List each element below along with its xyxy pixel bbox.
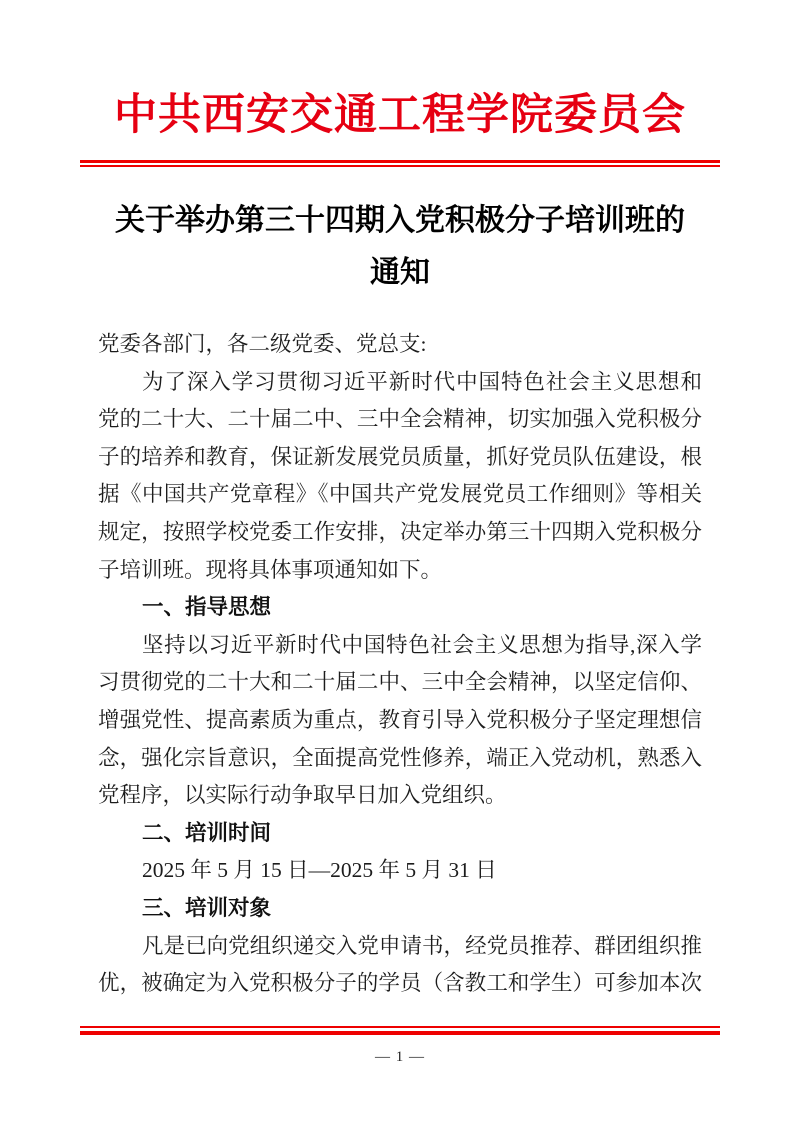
section-heading-3: 三、培训对象 — [98, 890, 702, 928]
document-title: 关于举办第三十四期入党积极分子培训班的 通知 — [80, 195, 720, 299]
body-line: 据《中国共产党章程》《中国共产党发展党员工作细则》等相关 — [98, 476, 702, 514]
body-line: 为了深入学习贯彻习近平新时代中国特色社会主义思想和 — [98, 364, 702, 402]
body-line: 坚持以习近平新时代中国特色社会主义思想为指导,深入学 — [98, 627, 702, 665]
body-line: 优，被确定为入党积极分子的学员（含教工和学生）可参加本次 — [98, 965, 702, 1003]
section-heading-2: 二、培训时间 — [98, 815, 702, 853]
body-line: 念，强化宗旨意识，全面提高党性修养，端正入党动机，熟悉入 — [98, 740, 702, 778]
body-line: 习贯彻党的二十大和二十届二中、三中全会精神，以坚定信仰、 — [98, 664, 702, 702]
page-number: — 1 — — [0, 1046, 800, 1068]
body-line: 党程序，以实际行动争取早日加入党组织。 — [98, 777, 702, 815]
body-line: 子培训班。现将具体事项通知如下。 — [98, 552, 702, 590]
document-body: 党委各部门，各二级党委、党总支:为了深入学习贯彻习近平新时代中国特色社会主义思想… — [98, 326, 702, 1003]
letterhead-org-name: 中共西安交通工程学院委员会 — [0, 80, 800, 152]
document-title-line2: 通知 — [80, 247, 720, 299]
letterhead-rule — [80, 160, 720, 167]
body-line: 子的培养和教育，保证新发展党员质量，抓好党员队伍建设，根 — [98, 439, 702, 477]
salutation: 党委各部门，各二级党委、党总支: — [98, 326, 702, 364]
footer-rule — [80, 1026, 720, 1035]
body-line: 凡是已向党组织递交入党申请书，经党员推荐、群团组织推 — [98, 928, 702, 966]
training-dates: 2025 年 5 月 15 日—2025 年 5 月 31 日 — [98, 852, 702, 890]
body-line: 规定，按照学校党委工作安排，决定举办第三十四期入党积极分 — [98, 514, 702, 552]
body-line: 党的二十大、二十届二中、三中全会精神，切实加强入党积极分 — [98, 401, 702, 439]
document-page: 中共西安交通工程学院委员会 关于举办第三十四期入党积极分子培训班的 通知 党委各… — [0, 0, 800, 1132]
section-heading-1: 一、指导思想 — [98, 589, 702, 627]
document-title-line1: 关于举办第三十四期入党积极分子培训班的 — [80, 195, 720, 247]
body-line: 增强党性、提高素质为重点，教育引导入党积极分子坚定理想信 — [98, 702, 702, 740]
